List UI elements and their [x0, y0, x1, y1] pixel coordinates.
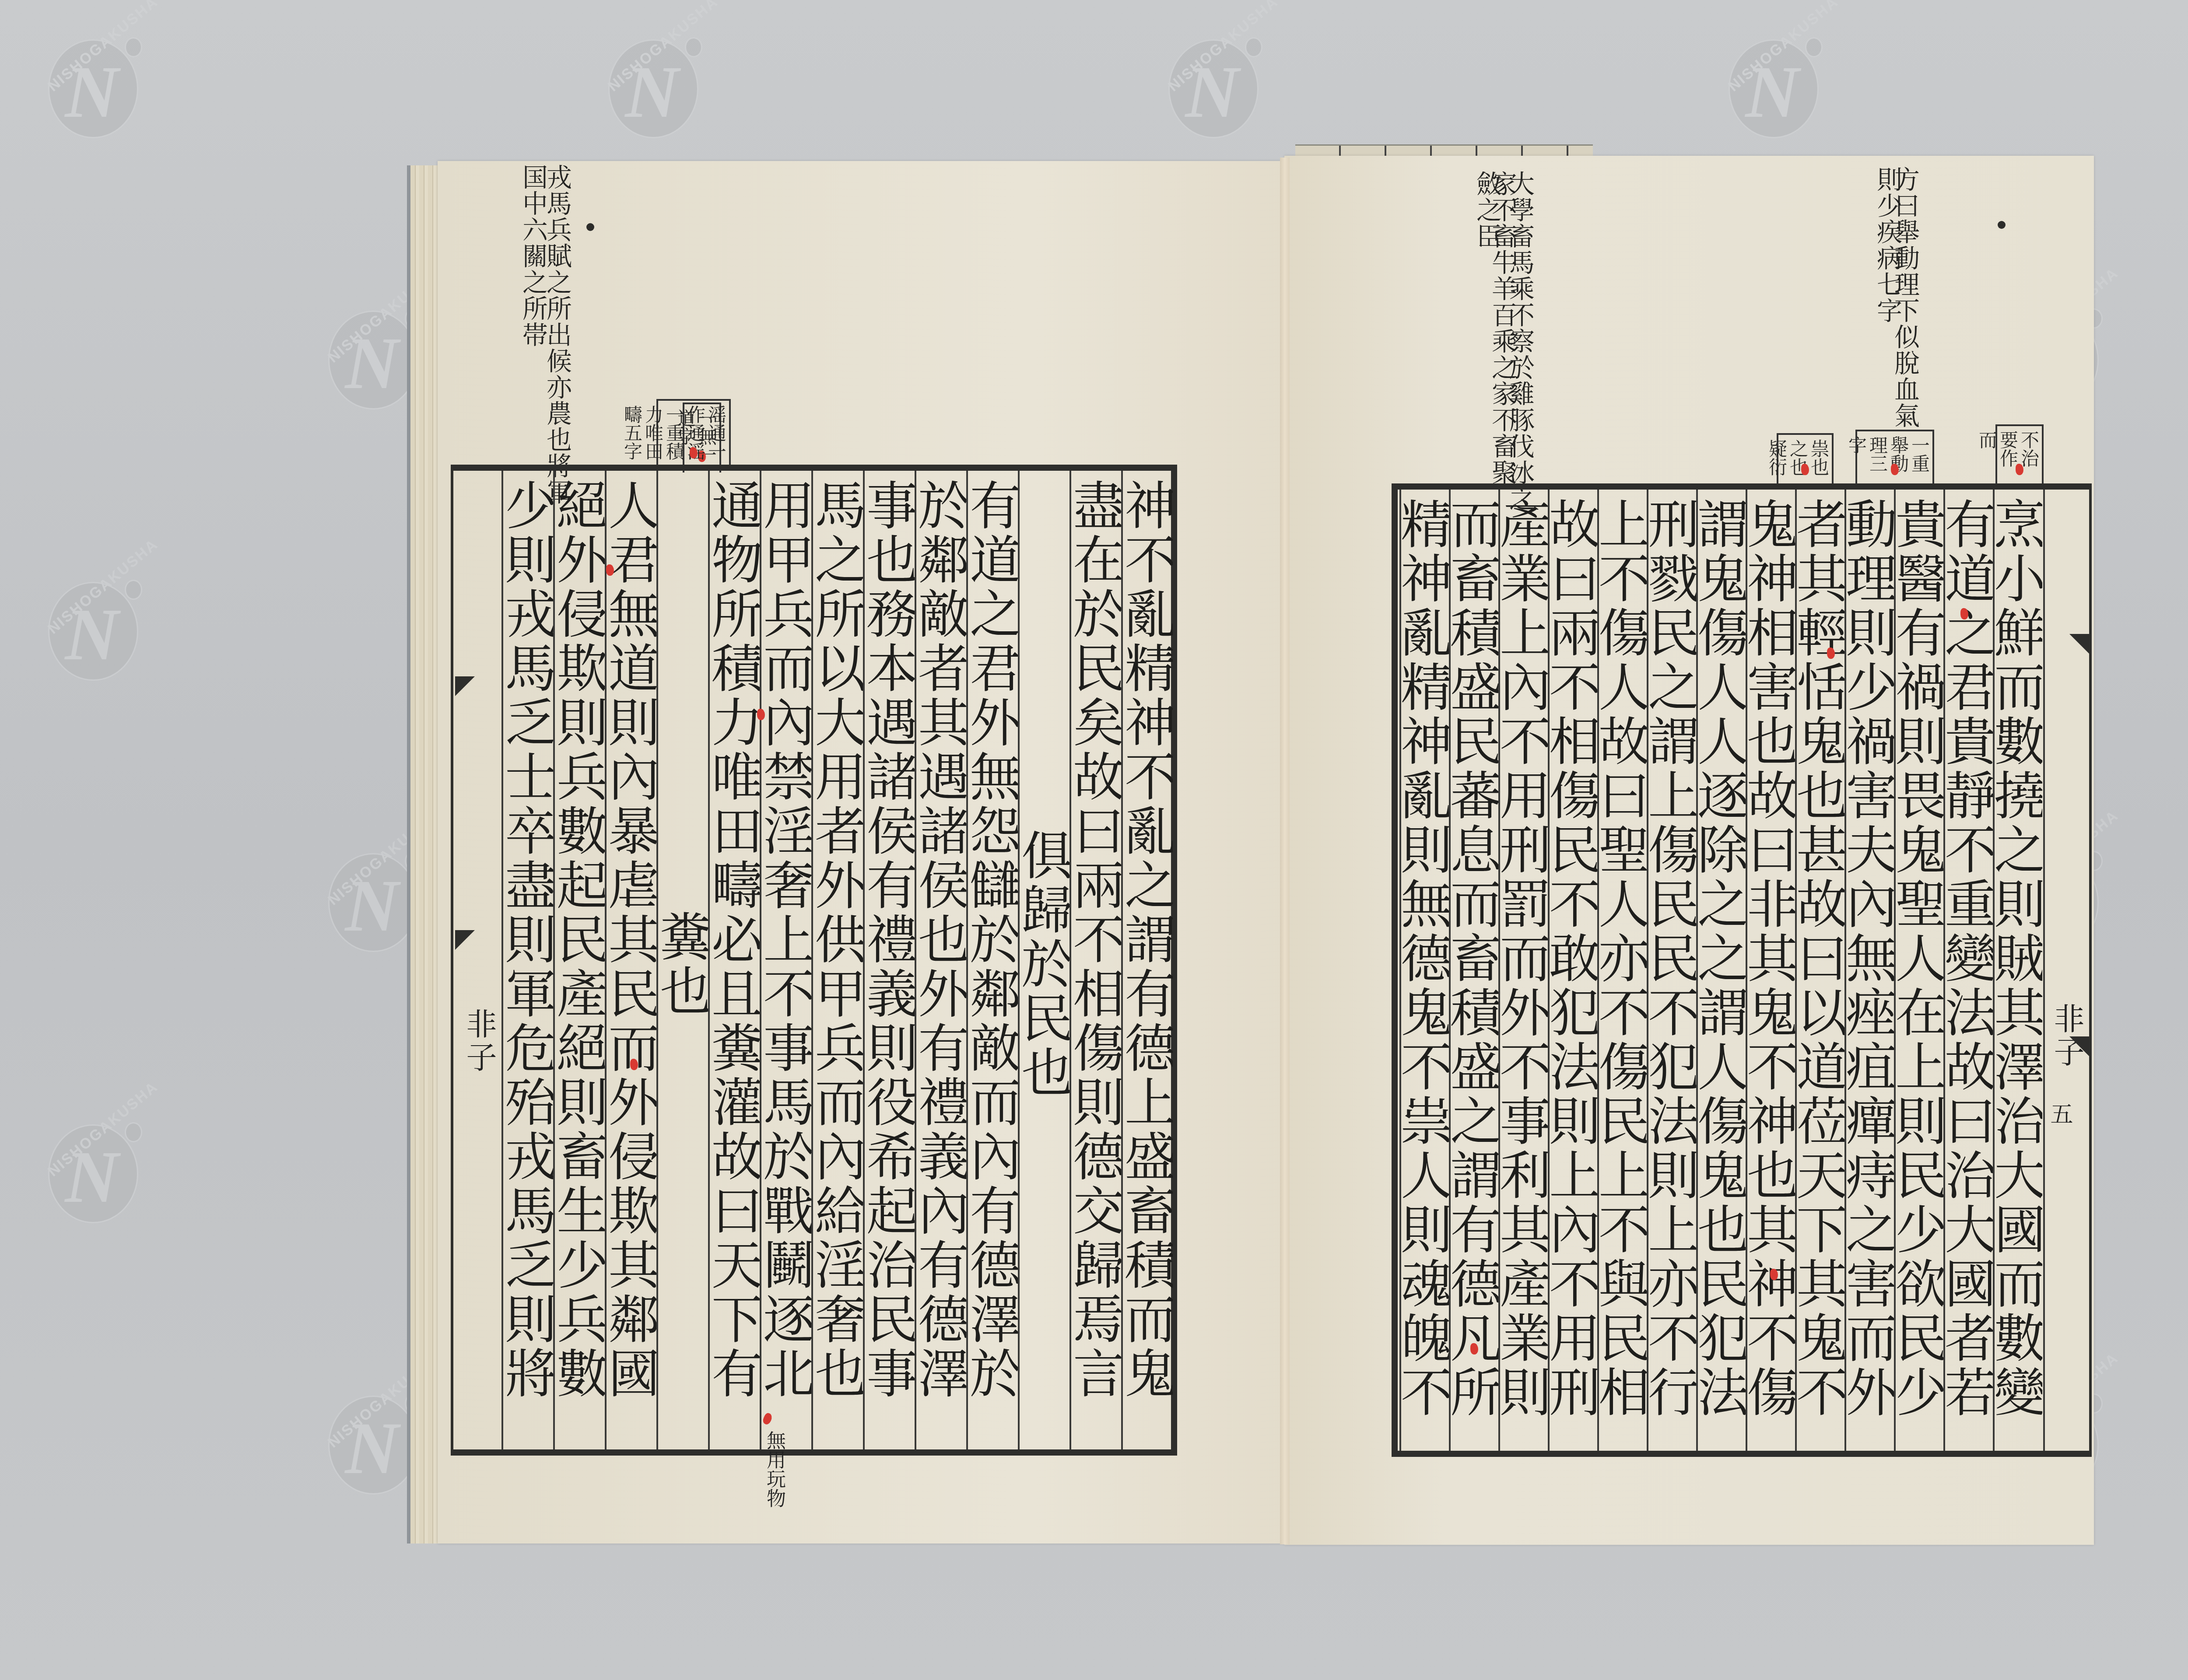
text-column: 於鄰敵者其遇諸侯也外有禮義內有德澤於人民者其治人: [915, 471, 966, 1449]
text-column: 通物所積力唯田疇必且糞灌故曰天下有道却走馬以: [708, 471, 760, 1449]
watermark-logo: NNISHOGAKUSHA: [582, 9, 713, 140]
column-text: 產業上內不用刑罰而外不事利其產業則民蕃息民蕃息: [1498, 497, 1548, 1451]
red-punctuation-mark: [1801, 464, 1809, 475]
column-text: 糞也: [656, 910, 708, 1018]
column-text: 有道之君貴靜不重變法故曰治大國者若烹小鮮人處疾則: [1943, 497, 1993, 1451]
watermark-dot: [125, 37, 142, 57]
text-column: 用甲兵而內禁淫奢上不事馬於戰鬭逐北而民不以馬遠淫: [760, 471, 811, 1449]
column-text: 而畜積盛民蕃息而畜積盛之謂有德凡所謂祟者魂魄去而: [1449, 497, 1498, 1451]
text-column: 烹小鮮而數撓之則賊其澤治大國而數變法則民苦之是以: [1993, 490, 2042, 1451]
text-column: 者其輕恬鬼也甚故曰以道莅天下其鬼不神治世之民不與: [1795, 490, 1844, 1451]
text-column: 事也務本遇諸侯有禮義則役希起治民事務本則淫奢止凡: [863, 471, 915, 1449]
column-text: 神不亂精神不亂之謂有德上盛畜積而鬼不亂其精神則德: [1121, 479, 1173, 1449]
red-punctuation-mark: [757, 709, 765, 720]
marginal-annotation: 国中六關之所帯: [519, 164, 547, 348]
column-text: 有道之君外無怨讎於鄰敵而內有德澤於人民夫外無怨讎: [966, 479, 1018, 1449]
red-punctuation-mark: [1470, 1343, 1478, 1354]
column-text: 馬之所以大用者外供甲兵而內給淫奢也今有道之君外希: [811, 479, 863, 1449]
text-column: 有道之君貴靜不重變法故曰治大國者若烹小鮮人處疾則: [1943, 490, 1993, 1451]
fishtail-mark-lower: [455, 930, 475, 950]
column-text: 刑戮民之謂上傷民民不犯法則上亦不行刑上不行刑之謂: [1647, 497, 1696, 1451]
text-column: 刑戮民之謂上傷民民不犯法則上亦不行刑上不行刑之謂: [1647, 490, 1696, 1451]
marginal-annotation: 則少疾病七字: [1873, 166, 1902, 324]
red-punctuation-mark: [1827, 647, 1835, 659]
text-column: 馬之所以大用者外供甲兵而內給淫奢也今有道之君外希: [811, 471, 863, 1449]
column-text: 事也務本遇諸侯有禮義則役希起治民事務本則淫奢止凡: [863, 479, 915, 1449]
column-text: 謂鬼傷人人逐除之之謂人傷鬼也民犯法令之謂民傷上上: [1696, 497, 1746, 1451]
text-column: 有道之君外無怨讎於鄰敵而內有德澤於人民夫外無怨讎: [966, 471, 1018, 1449]
red-punctuation-mark: [606, 564, 614, 576]
watermark-logo: NNISHOGAKUSHA: [22, 9, 153, 140]
text-column: 產業上內不用刑罰而外不事利其產業則民蕃息民蕃息: [1498, 490, 1548, 1451]
column-text: 者其輕恬鬼也甚故曰以道莅天下其鬼不神治世之民不與: [1795, 497, 1844, 1451]
column-text: 貴醫有禍則畏鬼聖人在上則民少欲民少欲則血氣治而舉: [1894, 497, 1943, 1451]
column-text: 烹小鮮而數撓之則賊其澤治大國而數變法則民苦之是以: [1993, 497, 2042, 1451]
text-column: 精神亂精神亂則無德鬼不祟人則魂魄不去魂魄不去而精: [1399, 490, 1449, 1451]
watermark-dot: [685, 37, 702, 57]
column-text: 上不傷人故曰聖人亦不傷民上不與民相害而人不與鬼相傷: [1597, 497, 1647, 1451]
left-bottom-note: 無用玩物: [764, 1431, 785, 1508]
column-text: 盡在於民矣故曰兩不相傷則德交歸焉言其德上下交盛而: [1069, 479, 1121, 1449]
watermark-dot: [1805, 37, 1823, 57]
red-punctuation-mark: [2016, 464, 2023, 475]
text-column: 謂鬼傷人人逐除之之謂人傷鬼也民犯法令之謂民傷上上: [1696, 490, 1746, 1451]
red-punctuation-mark: [1770, 1269, 1778, 1280]
watermark-dot: [1245, 37, 1262, 57]
ink-dot: [586, 223, 594, 231]
spine-title: 非子: [2045, 1003, 2089, 1069]
column-text: 於鄰敵者其遇諸侯也外有禮義內有德澤於人民者其治人: [915, 479, 966, 1449]
text-column: 俱歸於民也: [1018, 471, 1069, 1449]
column-text: 鬼神相害也故曰非其鬼不神也其神不傷人也鬼祟也疾人之: [1746, 497, 1795, 1451]
column-text: 人君無道則內暴虐其民而外侵欺其鄰國內暴虐則民產: [605, 479, 656, 1449]
column-text: 少則戎馬乏士卒盡則軍危殆戎馬乏則將馬出軍危殆則近: [501, 479, 553, 1449]
text-column: 上不傷人故曰聖人亦不傷民上不與民相害而人不與鬼相傷: [1597, 490, 1647, 1451]
column-text: 故曰兩不相傷民不敢犯法則上內不用刑罰而外不事利其: [1548, 497, 1597, 1451]
text-column: 少則戎馬乏士卒盡則軍危殆戎馬乏則將馬出軍危殆則近: [501, 471, 553, 1449]
watermark-dot: [125, 580, 142, 600]
text-column: 動理則少禍害夫內無痤疽癉痔之害而外無刑罰法誅之禍: [1844, 490, 1894, 1451]
column-text: 動理則少禍害夫內無痤疽癉痔之害而外無刑罰法誅之禍: [1844, 497, 1894, 1451]
text-column: 而畜積盛民蕃息而畜積盛之謂有德凡所謂祟者魂魄去而: [1449, 490, 1498, 1451]
watermark-logo: NNISHOGAKUSHA: [22, 551, 153, 682]
left-text-frame: 非子 神不亂精神不亂之謂有德上盛畜積而鬼不亂其精神則德盡在於民矣故曰兩不相傷則德…: [451, 465, 1177, 1456]
red-punctuation-mark: [690, 447, 698, 458]
red-punctuation-mark: [1960, 608, 1968, 619]
column-text: 俱歸於民也: [1018, 829, 1069, 1100]
marginal-annotation: 斂之臣: [1473, 171, 1501, 249]
right-text-frame: 非子 五 烹小鮮而數撓之則賊其澤治大國而數變法則民苦之是以有道之君貴靜不重變法故…: [1392, 483, 2092, 1457]
collation-note-box: 一重舉動理三字: [1855, 430, 1934, 486]
left-spine-label: 非子: [453, 471, 501, 1449]
text-column: 故曰兩不相傷民不敢犯法則上內不用刑罰而外不事利其: [1548, 490, 1597, 1451]
red-punctuation-mark: [630, 1059, 638, 1070]
text-column: 鬼神相害也故曰非其鬼不神也其神不傷人也鬼祟也疾人之: [1746, 490, 1795, 1451]
column-text: 用甲兵而內禁淫奢上不事馬於戰鬭逐北而民不以馬遠淫: [760, 479, 811, 1449]
column-text: 通物所積力唯田疇必且糞灌故曰天下有道却走馬以: [708, 479, 760, 1449]
text-column: 糞也: [656, 471, 708, 1449]
column-text: 絕外侵欺則兵數起民產絕則畜生少兵數起則士卒盡畜生: [553, 479, 605, 1449]
text-column: 人君無道則內暴虐其民而外侵欺其鄰國內暴虐則民產: [605, 471, 656, 1449]
collation-note-box: 不治要作而: [1995, 424, 2044, 486]
fishtail-mark-upper: [2069, 634, 2089, 654]
collation-note-box: 祟也之也疑衍: [1777, 433, 1834, 486]
collation-note-box: 滛通一作通滛一重積力唯田疇五字: [656, 399, 731, 469]
fishtail-mark-upper: [455, 676, 475, 696]
watermark-dot: [125, 1122, 142, 1142]
book-gutter: [1280, 157, 1290, 1544]
watermark-logo: NNISHOGAKUSHA: [1142, 9, 1273, 140]
text-column: 神不亂精神不亂之謂有德上盛畜積而鬼不亂其精神則德: [1121, 471, 1173, 1449]
fishtail-mark-lower: [2069, 1036, 2089, 1056]
watermark-logo: NNISHOGAKUSHA: [22, 1094, 153, 1225]
text-column: 貴醫有禍則畏鬼聖人在上則民少欲民少欲則血氣治而舉: [1894, 490, 1943, 1451]
text-column: 絕外侵欺則兵數起民產絕則畜生少兵數起則士卒盡畜生: [553, 471, 605, 1449]
watermark-logo: NNISHOGAKUSHA: [1702, 9, 1834, 140]
red-punctuation-mark: [1891, 464, 1899, 475]
spine-title: 非子: [453, 1008, 501, 1074]
ink-dot: [1998, 221, 2006, 229]
page-number: 五: [2043, 1102, 2076, 1125]
column-text: 精神亂精神亂則無德鬼不祟人則魂魄不去魂魄不去而精: [1399, 497, 1449, 1451]
text-column: 盡在於民矣故曰兩不相傷則德交歸焉言其德上下交盛而: [1069, 471, 1121, 1449]
